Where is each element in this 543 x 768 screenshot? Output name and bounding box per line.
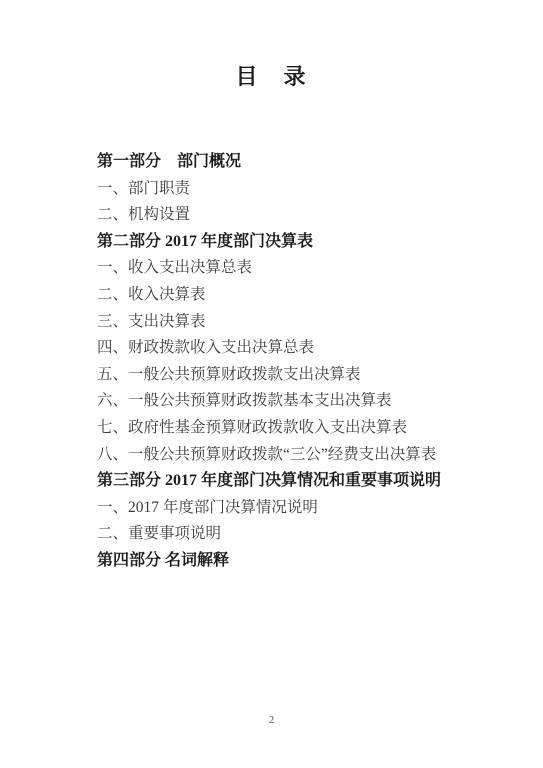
page-title: 目 录	[0, 60, 543, 91]
toc-entry: 二、机构设置	[97, 202, 513, 229]
toc-entry: 二、重要事项说明	[97, 521, 513, 548]
toc-entry: 三、支出决算表	[97, 309, 513, 336]
toc-entry: 六、一般公共预算财政拨款基本支出决算表	[97, 388, 513, 415]
toc-section-part2: 第二部分 2017 年度部门决算表	[97, 229, 513, 256]
toc-entry: 一、部门职责	[97, 176, 513, 203]
toc-entry: 四、财政拨款收入支出决算总表	[97, 335, 513, 362]
toc-entry: 二、收入决算表	[97, 282, 513, 309]
document-page: 目 录 第一部分 部门概况 一、部门职责 二、机构设置 第二部分 2017 年度…	[0, 0, 543, 768]
toc-section-part4: 第四部分 名词解释	[97, 548, 513, 575]
toc-entry: 一、2017 年度部门决算情况说明	[97, 495, 513, 522]
toc-entry: 一、收入支出决算总表	[97, 255, 513, 282]
toc-entry: 五、一般公共预算财政拨款支出决算表	[97, 362, 513, 389]
toc-entry: 八、一般公共预算财政拨款“三公”经费支出决算表	[97, 442, 513, 469]
toc-section-part3: 第三部分 2017 年度部门决算情况和重要事项说明	[97, 468, 513, 495]
toc-entry: 七、政府性基金预算财政拨款收入支出决算表	[97, 415, 513, 442]
table-of-contents: 第一部分 部门概况 一、部门职责 二、机构设置 第二部分 2017 年度部门决算…	[97, 149, 513, 575]
page-number: 2	[0, 714, 543, 726]
toc-section-part1: 第一部分 部门概况	[97, 149, 513, 176]
